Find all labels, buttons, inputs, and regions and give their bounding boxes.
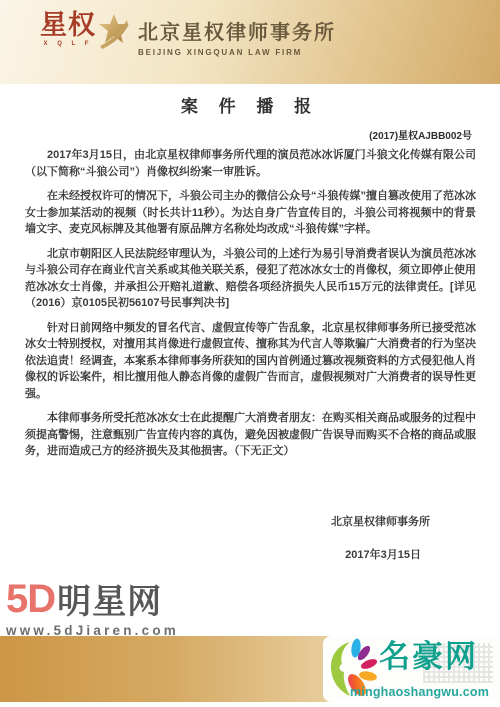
- watermark-minghao-brand: 名豪网: [379, 640, 478, 674]
- document-title: 案 件 播 报: [0, 92, 500, 117]
- footer-band: 名豪网 minghaoshangwu.com: [0, 636, 500, 702]
- star-icon: [98, 12, 130, 52]
- body-paragraph-5: 本律师事务所受托范冰冰女士在此提醒广大消费者朋友：在购买相关商品或服务的过程中须…: [25, 410, 476, 460]
- document-body: 2017年3月15日，由北京星权律师事务所代理的演员范冰冰诉厦门斗狼文化传媒有限…: [25, 147, 476, 460]
- case-report-document: 星权 X Q L F 北京星权律师事务所 BEIJING X: [0, 0, 500, 707]
- body-paragraph-4: 针对日前网络中频发的冒名代言、虚假宣传等广告乱象，北京星权律师事务所已接受范冰冰…: [25, 320, 476, 403]
- watermark-5djiaren: 5D 明星网 www.5dJiaren.com: [6, 579, 179, 638]
- watermark-mingxingwang-text: 明星网: [57, 585, 162, 619]
- firm-name-en: BEIJING XINGQUAN LAW FIRM: [138, 48, 336, 57]
- seal-characters: 星权: [38, 10, 98, 40]
- watermark-5djiaren-brand: 5D 明星网: [6, 579, 179, 619]
- signature-date: 2017年3月15日: [0, 546, 421, 562]
- watermark-minghao-url: minghaoshangwu.com: [350, 685, 489, 699]
- letterhead-band: 星权 X Q L F 北京星权律师事务所 BEIJING X: [0, 0, 500, 84]
- firm-name-cn: 北京星权律师事务所: [138, 16, 336, 45]
- body-paragraph-3: 北京市朝阳区人民法院经审理认为，斗狼公司的上述行为易引导消费者误认为演员范冰冰与…: [25, 246, 476, 312]
- watermark-minghao: 名豪网 minghaoshangwu.com: [323, 636, 500, 702]
- firm-logo: 星权 X Q L F 北京星权律师事务所 BEIJING X: [38, 10, 336, 57]
- body-paragraph-2: 在未经授权许可的情况下，斗狼公司主办的微信公众号“斗狼传媒”擅自篡改使用了范冰冰…: [25, 188, 476, 238]
- body-paragraph-1: 2017年3月15日，由北京星权律师事务所代理的演员范冰冰诉厦门斗狼文化传媒有限…: [25, 147, 476, 180]
- firm-names: 北京星权律师事务所 BEIJING XINGQUAN LAW FIRM: [138, 10, 336, 57]
- signature-firm-name: 北京星权律师事务所: [0, 513, 430, 529]
- firm-seal-icon: 星权 X Q L F: [38, 10, 98, 47]
- watermark-5d-text: 5D: [6, 579, 55, 619]
- seal-letters: X Q L F: [38, 41, 98, 47]
- document-number: (2017)星权AJBB002号: [369, 127, 472, 142]
